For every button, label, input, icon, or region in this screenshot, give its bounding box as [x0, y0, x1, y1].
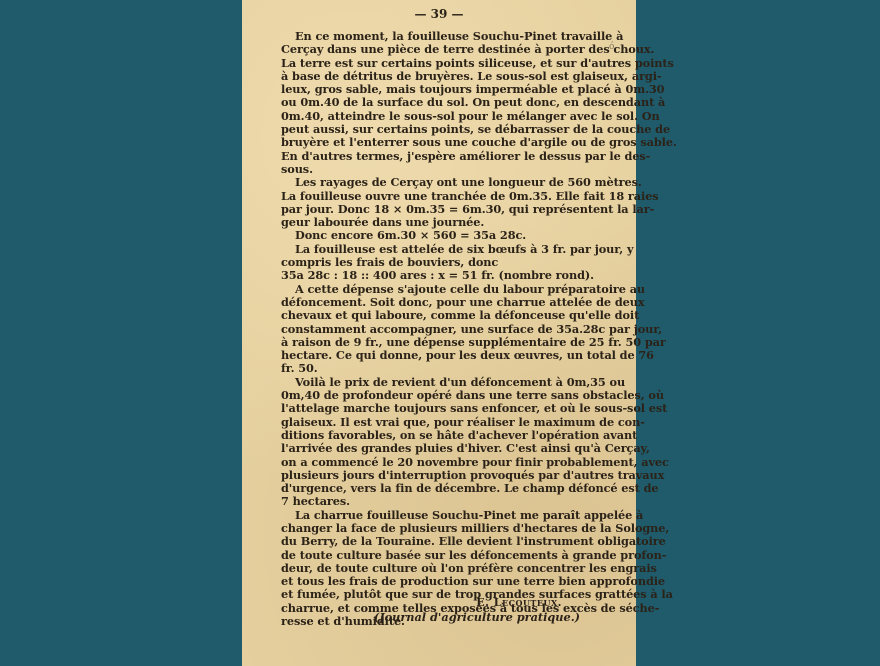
author-signature: E. Lecouteux. [242, 596, 562, 609]
text-line: à base de détritus de bruyères. Le sous-… [267, 70, 609, 83]
text-line: Voilà le prix de revient d'un défoncemen… [267, 376, 609, 389]
text-line: l'arrivée des grandes pluies d'hiver. C'… [267, 442, 609, 455]
paragraph: Voilà le prix de revient d'un défoncemen… [267, 376, 609, 509]
scanned-page: — 39 — ó En ce moment, la fouilleuse Sou… [242, 0, 636, 666]
text-line: Donc encore 6m.30 × 560 = 35a 28c. [267, 229, 609, 242]
text-line: chevaux et qui laboure, comme la défonce… [267, 309, 609, 322]
text-line: glaiseux. Il est vrai que, pour réaliser… [267, 416, 609, 429]
paragraph: 35a 28c : 18 :: 400 ares : x = 51 fr. (n… [267, 269, 609, 282]
paragraph: En ce moment, la fouilleuse Souchu-Pinet… [267, 30, 609, 176]
text-line: sous. [267, 163, 609, 176]
text-line: par jour. Donc 18 × 0m.35 = 6m.30, qui r… [267, 203, 609, 216]
paragraph: Les rayages de Cerçay ont une longueur d… [267, 176, 609, 229]
text-line: La charrue fouilleuse Souchu-Pinet me pa… [267, 509, 609, 522]
text-line: hectare. Ce qui donne, pour les deux œuv… [267, 349, 609, 362]
text-line: leux, gros sable, mais toujours imperméa… [267, 83, 609, 96]
text-line: La fouilleuse ouvre une tranchée de 0m.3… [267, 190, 609, 203]
text-line: deur, de toute culture où l'on préfère c… [267, 562, 609, 575]
text-line: défoncement. Soit donc, pour une charrue… [267, 296, 609, 309]
text-line: Cerçay dans une pièce de terre destinée … [267, 43, 609, 56]
text-line: à raison de 9 fr., une dépense supplémen… [267, 336, 609, 349]
text-line: peut aussi, sur certains points, se déba… [267, 123, 609, 136]
text-line: ou 0m.40 de la surface du sol. On peut d… [267, 96, 609, 109]
text-line: 35a 28c : 18 :: 400 ares : x = 51 fr. (n… [267, 269, 609, 282]
article-body: En ce moment, la fouilleuse Souchu-Pinet… [267, 30, 609, 628]
text-line: La fouilleuse est attelée de six bœufs à… [267, 243, 609, 256]
source-citation: (Journal d'agriculture pratique.) [242, 610, 580, 624]
text-line: La terre est sur certains points siliceu… [267, 57, 609, 70]
text-line: 7 hectares. [267, 495, 609, 508]
text-line: du Berry, de la Touraine. Elle devient l… [267, 535, 609, 548]
text-line: En ce moment, la fouilleuse Souchu-Pinet… [267, 30, 609, 43]
text-line: d'urgence, vers la fin de décembre. Le c… [267, 482, 609, 495]
text-line: En d'autres termes, j'espère améliorer l… [267, 150, 609, 163]
text-line: compris les frais de bouviers, donc [267, 256, 609, 269]
text-line: ditions favorables, on se hâte d'achever… [267, 429, 609, 442]
text-line: 0m.40, atteindre le sous-sol pour le mél… [267, 110, 609, 123]
text-line: geur labourée dans une journée. [267, 216, 609, 229]
text-line: bruyère et l'enterrer sous une couche d'… [267, 136, 609, 149]
paragraph: Donc encore 6m.30 × 560 = 35a 28c. [267, 229, 609, 242]
text-line: l'attelage marche toujours sans enfoncer… [267, 402, 609, 415]
text-line: changer la face de plusieurs milliers d'… [267, 522, 609, 535]
text-line: plusieurs jours d'interruption provoqués… [267, 469, 609, 482]
text-line: 0m,40 de profondeur opéré dans une terre… [267, 389, 609, 402]
text-line: A cette dépense s'ajoute celle du labour… [267, 283, 609, 296]
text-line: fr. 50. [267, 362, 609, 375]
text-line: on a commencé le 20 novembre pour finir … [267, 456, 609, 469]
paragraph: La fouilleuse est attelée de six bœufs à… [267, 243, 609, 270]
text-line: et tous les frais de production sur une … [267, 575, 609, 588]
text-line: constamment accompagner, une surface de … [267, 323, 609, 336]
text-line: de toute culture basée sur les défonceme… [267, 549, 609, 562]
page-number: — 39 — [242, 7, 636, 21]
text-line: Les rayages de Cerçay ont une longueur d… [267, 176, 609, 189]
paragraph: A cette dépense s'ajoute celle du labour… [267, 283, 609, 376]
